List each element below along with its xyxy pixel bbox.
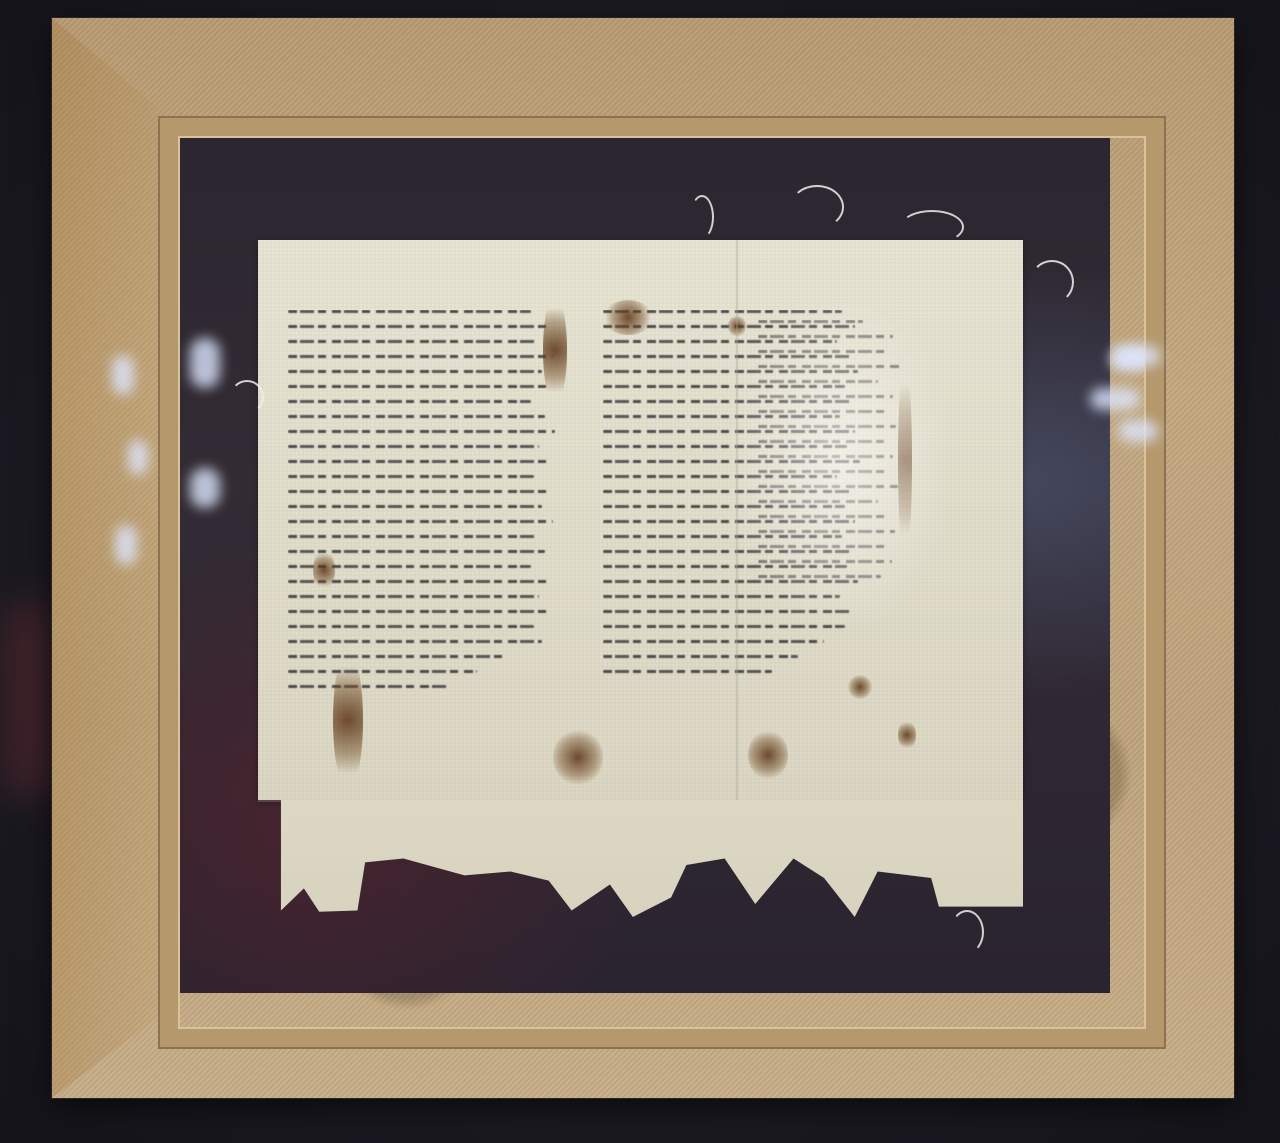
- frame-reflection: [115, 525, 137, 565]
- loose-thread: [900, 210, 964, 244]
- ink-stain: [333, 650, 363, 790]
- loose-thread: [790, 185, 844, 229]
- frame-reflection: [1118, 420, 1158, 442]
- ink-stain: [603, 300, 653, 335]
- ink-stain: [543, 295, 567, 405]
- ink-stain: [848, 675, 872, 699]
- frame-reflection: [128, 440, 148, 475]
- loose-thread: [230, 380, 264, 414]
- ink-stain: [748, 730, 788, 780]
- ink-stain: [898, 720, 916, 750]
- frame-reflection: [1115, 345, 1160, 367]
- ink-stain: [553, 730, 603, 785]
- glass-glare: [740, 300, 940, 620]
- ink-stain: [313, 550, 335, 590]
- photo-scene: [0, 0, 1280, 1143]
- loose-thread: [950, 910, 984, 954]
- loose-thread: [1030, 260, 1074, 304]
- frame-reflection: [112, 355, 134, 395]
- text-column-left: [288, 310, 558, 790]
- cloth-seam: [736, 240, 738, 800]
- loose-thread: [690, 195, 714, 239]
- background-blur: [0, 600, 60, 800]
